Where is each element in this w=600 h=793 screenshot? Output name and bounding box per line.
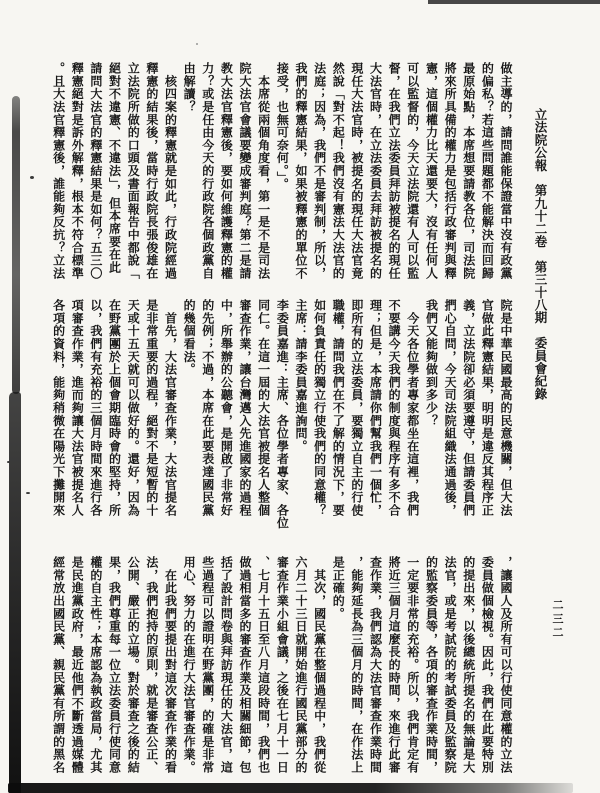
journal-title-header: 立法院公報 第九十二卷 第三十八期 委員會紀錄 xyxy=(531,108,549,408)
gazette-page: 做主導的，請問誰能保證當中沒有政黨 的偏私？若這些問題都不能解決而回歸 最原始點… xyxy=(0,0,600,793)
scan-speck xyxy=(7,461,10,463)
scan-artifact-left-top xyxy=(12,96,20,394)
scan-artifact-bottom-edge xyxy=(8,783,573,793)
text-band-bottom: ，讓國人及所有可以行使同意權的立法 委員做個檢視。因此，我們在此要特別 的提出來… xyxy=(49,556,515,774)
scan-artifact-top-edge xyxy=(428,0,600,4)
text-band-middle: 院是中華民國最高的民意機關，但大法 官做此釋憲結果，明明是違反其程序正 義，立法… xyxy=(49,299,515,519)
scan-speck xyxy=(196,43,198,45)
scan-artifact-left-bottom xyxy=(9,392,21,793)
page-number: 二三二 xyxy=(549,599,565,649)
text-band-top: 做主導的，請問誰能保證當中沒有政黨 的偏私？若這些問題都不能解決而回歸 最原始點… xyxy=(49,62,515,281)
scan-speck xyxy=(30,176,34,179)
scan-speck xyxy=(26,492,30,494)
